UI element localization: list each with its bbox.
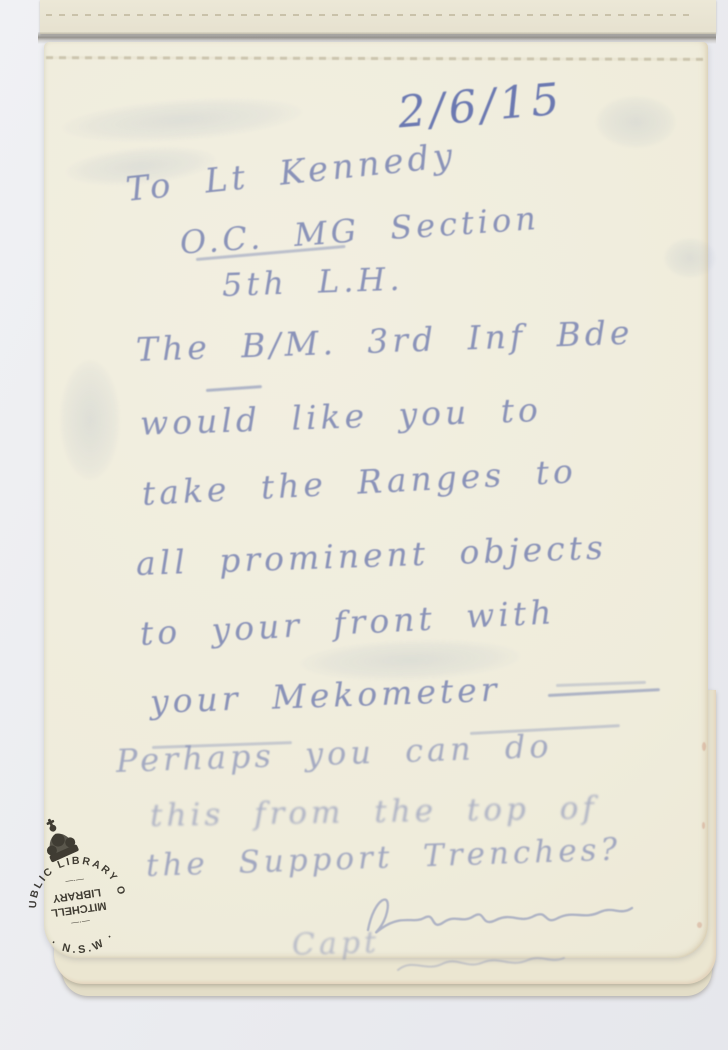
red-edge-speck [697, 922, 702, 928]
stamp-arc-bottom-text: · N.S.W · [47, 928, 119, 960]
stamp-separator: —·— [65, 875, 85, 887]
ghost-writing-smudge [60, 360, 120, 480]
stamp-separator: —·— [71, 917, 91, 929]
salutation-line: 5th L.H. [221, 260, 404, 304]
ghost-writing-smudge [596, 96, 676, 148]
red-edge-speck [702, 742, 706, 751]
torn-top-edge [46, 56, 703, 61]
rank-scrawl [392, 946, 572, 982]
rank-line: Capt [291, 925, 380, 963]
signature-scrawl [360, 878, 650, 948]
svg-text:· N.S.W ·: · N.S.W · [47, 928, 119, 960]
red-edge-speck [702, 822, 705, 829]
notepad-binding-stub [40, 0, 716, 34]
ghost-writing-smudge [664, 238, 716, 278]
perforation-line [46, 14, 695, 16]
library-stamp: PUBLIC LIBRARY OF · N.S.W · —·— MITCHELL… [14, 804, 142, 964]
scanned-notebook-page: 2/6/15 To Lt Kennedy O.C. MG Section 5th… [0, 0, 728, 1050]
